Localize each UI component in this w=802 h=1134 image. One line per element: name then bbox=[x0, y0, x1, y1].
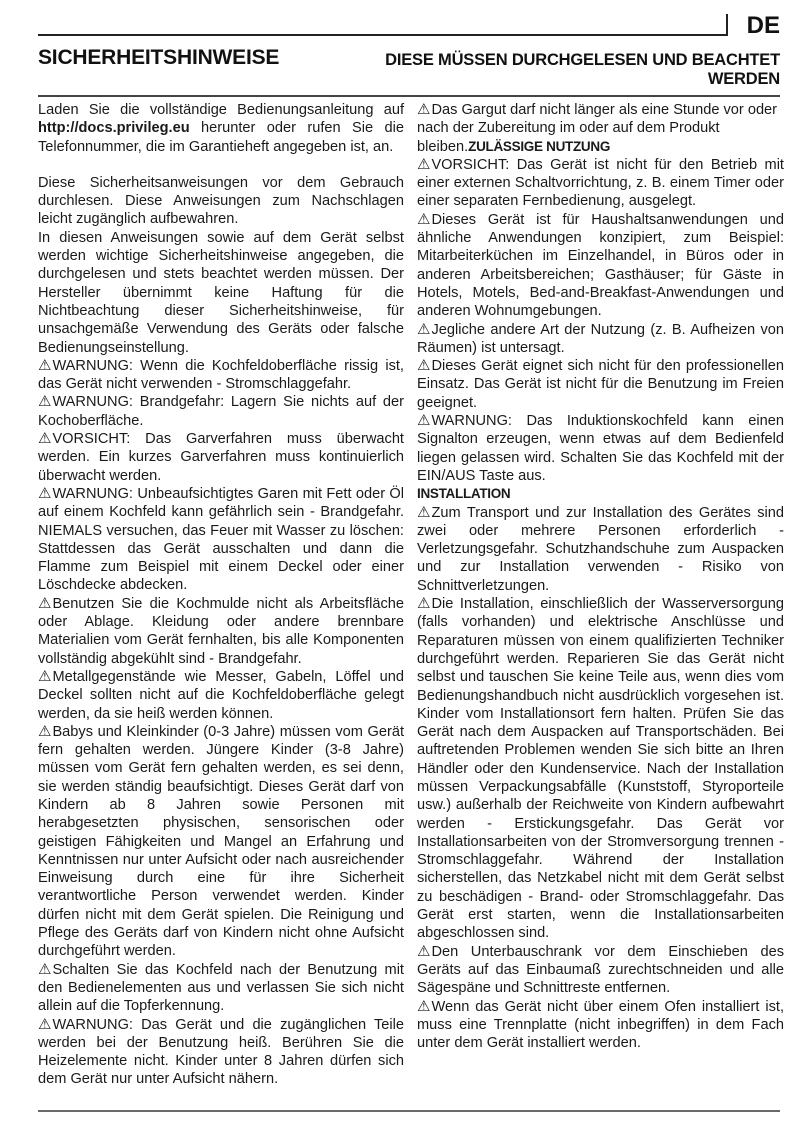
warning-item: ⚠Jegliche andere Art der Nutzung (z. B. … bbox=[417, 321, 784, 358]
warning-icon: ⚠ bbox=[38, 393, 51, 411]
warning-item: ⚠VORSICHT: Das Garverfahren muss überwac… bbox=[38, 430, 404, 485]
paragraph-read-instructions: Diese Sicherheitsanweisungen vor dem Geb… bbox=[38, 174, 404, 229]
warning-item: ⚠Babys und Kleinkinder (0-3 Jahre) müsse… bbox=[38, 723, 404, 961]
paragraph-safety-notes: In diesen Anweisungen sowie auf dem Gerä… bbox=[38, 229, 404, 357]
warning-item: ⚠Dieses Gerät eignet sich nicht für den … bbox=[417, 357, 784, 412]
warning-item: ⚠VORSICHT: Das Gerät ist nicht für den B… bbox=[417, 156, 784, 211]
page-subtitle: DIESE MÜSSEN DURCHGELESEN UND BEACHTET W… bbox=[385, 51, 780, 89]
warning-item: ⚠Wenn das Gerät nicht über einem Ofen in… bbox=[417, 998, 784, 1053]
warning-item: ⚠WARNUNG: Brandgefahr: Lagern Sie nichts… bbox=[38, 393, 404, 430]
warning-item: ⚠Dieses Gerät ist für Haushaltsanwendung… bbox=[417, 211, 784, 321]
warning-item: ⚠WARNUNG: Das Gerät und die zugänglichen… bbox=[38, 1016, 404, 1089]
warning-icon: ⚠ bbox=[38, 668, 51, 686]
warning-item: ⚠WARNUNG: Wenn die Kochfeldoberfläche ri… bbox=[38, 357, 404, 394]
section-heading-permitted-use: ZULÄSSIGE NUTZUNG bbox=[468, 139, 610, 154]
warning-icon: ⚠ bbox=[38, 357, 51, 375]
warning-icon: ⚠ bbox=[38, 1016, 51, 1034]
warning-icon: ⚠ bbox=[38, 595, 51, 613]
header-top-rule bbox=[38, 34, 727, 36]
left-column: Laden Sie die vollständige Bedienungsanl… bbox=[38, 101, 404, 1089]
warning-icon: ⚠ bbox=[38, 961, 51, 979]
warning-icon: ⚠ bbox=[417, 321, 430, 339]
warning-icon: ⚠ bbox=[38, 723, 51, 741]
warning-icon: ⚠ bbox=[417, 357, 430, 375]
section-heading-installation: INSTALLATION bbox=[417, 485, 784, 503]
warning-icon: ⚠ bbox=[417, 412, 430, 430]
warning-item: ⚠Das Gargut darf nicht länger als eine S… bbox=[417, 101, 784, 156]
warning-item: ⚠WARNUNG: Unbeaufsichtigtes Garen mit Fe… bbox=[38, 485, 404, 595]
warning-item: ⚠Die Installation, einschließlich der Wa… bbox=[417, 595, 784, 943]
subtitle-line-1: DIESE MÜSSEN DURCHGELESEN UND BEACHTET bbox=[385, 51, 780, 70]
subtitle-line-2: WERDEN bbox=[385, 70, 780, 89]
language-code: DE bbox=[747, 14, 780, 38]
warning-item: ⚠Zum Transport und zur Installation des … bbox=[417, 504, 784, 595]
warning-item: ⚠Benutzen Sie die Kochmulde nicht als Ar… bbox=[38, 595, 404, 668]
warning-icon: ⚠ bbox=[417, 595, 430, 613]
intro-paragraph: Laden Sie die vollständige Bedienungsanl… bbox=[38, 101, 404, 156]
warning-icon: ⚠ bbox=[417, 156, 430, 174]
right-column: ⚠Das Gargut darf nicht länger als eine S… bbox=[417, 101, 784, 1052]
footer-rule bbox=[38, 1110, 780, 1112]
warning-item: ⚠Den Unterbauschrank vor dem Einschieben… bbox=[417, 943, 784, 998]
warning-icon: ⚠ bbox=[417, 211, 430, 229]
warning-icon: ⚠ bbox=[38, 430, 51, 448]
docs-link[interactable]: http://docs.privileg.eu bbox=[38, 120, 190, 136]
warning-item: ⚠Metallgegenstände wie Messer, Gabeln, L… bbox=[38, 668, 404, 723]
header-bottom-rule bbox=[38, 95, 780, 97]
header-tick-mark bbox=[726, 14, 728, 36]
warning-icon: ⚠ bbox=[417, 943, 430, 961]
warning-item: ⚠Schalten Sie das Kochfeld nach der Benu… bbox=[38, 961, 404, 1016]
intro-prefix: Laden Sie die vollständige Bedienungsanl… bbox=[38, 102, 404, 118]
warning-icon: ⚠ bbox=[417, 101, 430, 119]
warning-icon: ⚠ bbox=[38, 485, 51, 503]
warning-icon: ⚠ bbox=[417, 504, 430, 522]
page-title: SICHERHEITSHINWEISE bbox=[38, 46, 279, 70]
warning-icon: ⚠ bbox=[417, 998, 430, 1016]
warning-item: ⚠WARNUNG: Das Induktionskochfeld kann ei… bbox=[417, 412, 784, 485]
